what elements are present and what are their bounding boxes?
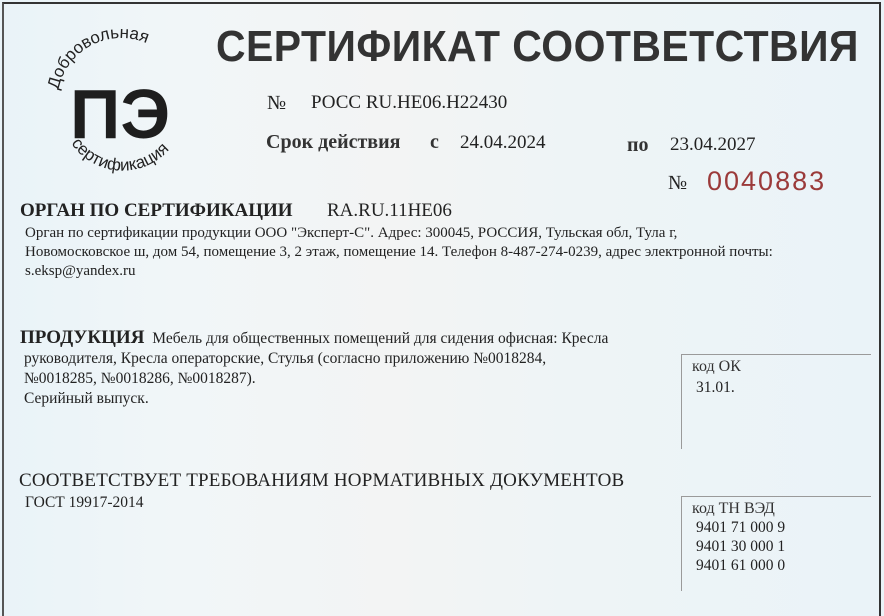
product-description-line: руководителя, Кресла операторские, Стуль… [24,349,608,369]
tnved-code-box: код ТН ВЭД 9401 71 000 9 9401 30 000 1 9… [681,496,871,591]
ok-code-value: 31.01. [696,378,871,397]
ok-code-box: код ОК 31.01. [681,354,871,449]
compliance-standard: ГОСТ 19917-2014 [25,493,144,512]
compliance-title: СООТВЕТСТВУЕТ ТРЕБОВАНИЯМ НОРМАТИВНЫХ ДО… [19,470,624,492]
tnved-code-value: 9401 30 000 1 [696,537,871,556]
tnved-code-label: код ТН ВЭД [692,500,871,518]
certificate-title: СЕРТИФИКАТ СООТВЕТСТВИЯ [216,22,859,72]
validity-label: Срок действия [266,131,400,154]
valid-to-label: по [627,134,649,157]
ok-code-label: код ОК [692,358,871,376]
registration-number: РОСС RU.HE06.H22430 [311,92,507,114]
certification-body-details: Орган по сертификации продукции ООО "Экс… [25,224,773,281]
valid-from-date: 24.04.2024 [460,132,546,154]
certification-body-line: Новомосковское ш, дом 54, помещение 3, 2… [25,243,773,262]
product-description-first-line: Мебель для общественных помещений для си… [152,330,608,347]
number-sign: № [267,92,286,115]
certification-body-email: s.eksp@yandex.ru [25,262,773,281]
tnved-code-value: 9401 71 000 9 [696,518,871,537]
product-section: ПРОДУКЦИЯ Мебель для общественных помеще… [20,328,608,409]
tnved-code-value: 9401 61 000 0 [696,556,871,575]
valid-from-label: с [430,131,439,154]
product-production-type: Серийный выпуск. [24,389,608,409]
product-title: ПРОДУКЦИЯ [20,327,144,348]
serial-number: 0040883 [707,166,826,197]
serial-number-sign: № [668,172,687,195]
certification-body-code: RA.RU.11HE06 [327,200,452,222]
product-description-line: №0018285, №0018286, №0018287). [24,369,608,389]
certification-body-line: Орган по сертификации продукции ООО "Экс… [25,224,773,243]
certification-body-title: ОРГАН ПО СЕРТИФИКАЦИИ [20,200,293,222]
valid-to-date: 23.04.2027 [670,134,756,156]
pe-certification-logo-icon: Добровольная ПЭ сертификация [40,20,200,190]
